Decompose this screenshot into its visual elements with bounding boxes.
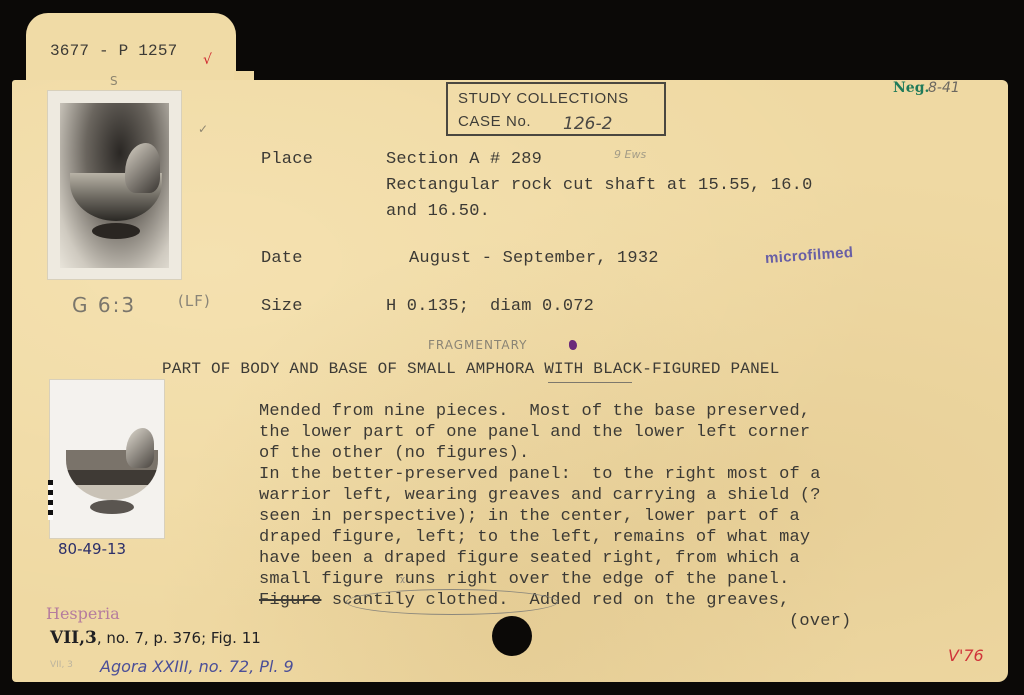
scale-bar-icon xyxy=(48,480,53,520)
date-label: Date xyxy=(261,249,303,268)
negative-value: 8-41 xyxy=(928,80,960,96)
stamp-case-label: CASE No. xyxy=(458,113,531,130)
description-line: Mended from nine pieces. Most of the bas… xyxy=(259,402,810,421)
reference-details: , no. 7, p. 376; Fig. 11 xyxy=(97,629,261,647)
reference-journal: Hesperia xyxy=(46,604,120,623)
photo-1-sublabel: (LF) xyxy=(178,292,211,310)
photo-2-label: 80-49-13 xyxy=(58,540,126,558)
negative-label: Neg. xyxy=(893,80,929,96)
corner-code: V'76 xyxy=(948,646,984,665)
photo-1-label: G 6:3 xyxy=(72,293,136,317)
red-check-mark: √ xyxy=(203,52,212,68)
struck-word: Figure xyxy=(259,591,321,610)
artifact-photo-1 xyxy=(48,91,181,279)
reference-faint-note: VII, 3 xyxy=(50,660,73,670)
reference-volume: VII,3 xyxy=(50,628,97,648)
catalog-number: 3677 - P 1257 xyxy=(50,42,177,60)
place-pencil-note: 9 Ews xyxy=(614,148,646,161)
place-value-line-3: and 16.50. xyxy=(386,202,490,221)
place-value-line-2: Rectangular rock cut shaft at 15.55, 16.… xyxy=(386,176,812,195)
punch-hole xyxy=(492,616,532,656)
object-title: PART OF BODY AND BASE OF SMALL AMPHORA W… xyxy=(162,360,780,378)
artifact-photo-2 xyxy=(50,380,164,538)
date-value: August - September, 1932 xyxy=(409,249,659,268)
place-value-line-1: Section A # 289 xyxy=(386,150,542,169)
reference-agora: Agora XXIII, no. 72, Pl. 9 xyxy=(100,657,294,676)
amphora-image-icon xyxy=(66,428,158,524)
pencil-letter: S xyxy=(110,74,118,88)
description-line: draped figure, left; to the left, remain… xyxy=(259,528,810,547)
description-line: seen in perspective); in the center, low… xyxy=(259,507,800,526)
over-note: (over) xyxy=(789,612,851,631)
reference-citation: VII,3, no. 7, p. 376; Fig. 11 xyxy=(50,628,261,648)
pencil-tick-icon: ✓ xyxy=(198,122,208,136)
amphora-image-icon xyxy=(70,143,162,243)
ink-blot-icon xyxy=(569,340,577,350)
pencil-circle-mark xyxy=(346,589,558,615)
stamp-title: STUDY COLLECTIONS xyxy=(458,90,629,107)
place-label: Place xyxy=(261,150,313,169)
description-line: warrior left, wearing greaves and carryi… xyxy=(259,486,821,505)
description-line: have been a draped figure seated right, … xyxy=(259,549,800,568)
fragmentary-annotation: FRAGMENTARY xyxy=(428,338,527,352)
size-value: H 0.135; diam 0.072 xyxy=(386,297,594,316)
description-line: In the better-preserved panel: to the ri… xyxy=(259,465,821,484)
pencil-underline xyxy=(548,382,632,383)
pencil-caret-icon: ᵡ xyxy=(400,574,405,590)
description-line: the lower part of one panel and the lowe… xyxy=(259,423,810,442)
description-line: of the other (no figures). xyxy=(259,444,529,463)
stamp-case-number: 126-2 xyxy=(563,114,612,134)
description-line: small figure runs right over the edge of… xyxy=(259,570,790,589)
size-label: Size xyxy=(261,297,303,316)
